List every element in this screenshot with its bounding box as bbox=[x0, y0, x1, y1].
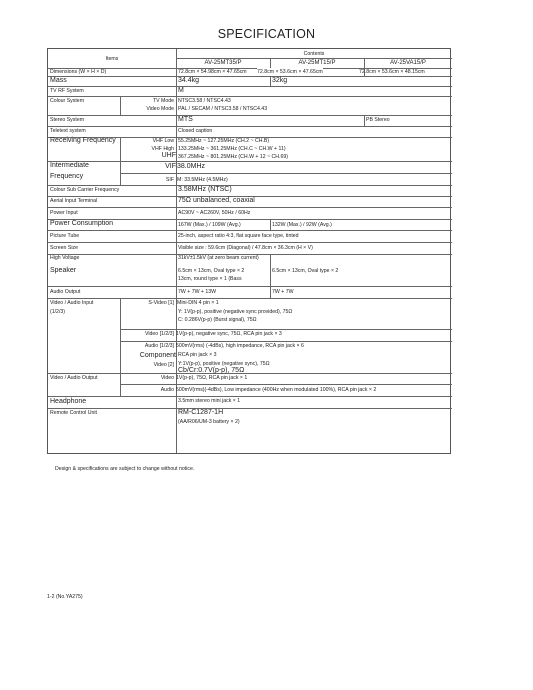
mass-label: Mass bbox=[50, 77, 67, 85]
vhf-high-value: 133.25MHz ~ 361.25MHz (CH.C ~ CH.W + 11) bbox=[178, 145, 286, 153]
header-contents: Contents bbox=[176, 50, 452, 58]
audio-out-value: 500mV(rms)(-4dBs), Low impedance (400Hz … bbox=[176, 386, 376, 394]
headphone-value: 3.5mm stereo mini jack × 1 bbox=[178, 397, 240, 405]
component-line1: RCA pin jack × 3 bbox=[178, 351, 217, 359]
vhf-low-value: 55.25MHz ~ 127.25MHz (CH.2 ~ CH.B) bbox=[178, 137, 269, 145]
picture-tube-label: Picture Tube bbox=[50, 232, 79, 240]
audio-in-value: 500mV(rms) (-4dBs), high impedance, RCA … bbox=[176, 342, 304, 350]
aerial-label: Aerial Input Terminal bbox=[50, 197, 97, 205]
power-consumption-1: 167W (Max.) / 109W (Avg.) bbox=[178, 221, 241, 229]
video-in-value: 1V(p-p), negative sync, 75Ω, RCA pin jac… bbox=[176, 330, 282, 338]
speaker-label: Speaker bbox=[50, 267, 76, 275]
screen-size-value: Visible size : 59.6cm (Diagonal) / 47.8c… bbox=[178, 244, 313, 252]
dimensions-label: Dimensions (W × H × D) bbox=[50, 68, 106, 76]
aerial-value: 75Ω unbalanced, coaxial bbox=[178, 197, 255, 205]
intermediate-label-1: Intermediate bbox=[50, 162, 89, 170]
speaker-1-line1: 6.5cm × 13cm, Oval type × 2 bbox=[178, 267, 244, 275]
remote-value-1: RM-C1287-1H bbox=[178, 409, 223, 417]
svideo-line3: C: 0.286V(p-p) (Burst signal), 75Ω bbox=[178, 316, 257, 324]
svideo-line1: Mini-DIN 4 pin × 1 bbox=[177, 299, 219, 307]
speaker-1-line2: 13cm, round type × 1 (Bass bbox=[178, 275, 242, 283]
high-voltage-value: 31kV±1.5kV (at zero beam current) bbox=[178, 254, 259, 262]
dimensions-1: 72.8cm × 54.98cm × 47.65cm bbox=[178, 68, 247, 76]
stereo-2: PB Stereo bbox=[366, 116, 390, 124]
sub-carrier-label: Colour Sub Carrier Frequency bbox=[50, 186, 119, 194]
av-input-label-2: (1/2/3) bbox=[50, 308, 65, 316]
video-in-label: Video [1/2/3] bbox=[120, 330, 174, 338]
page-title: SPECIFICATION bbox=[0, 27, 533, 41]
audio-output-1: 7W + 7W + 13W bbox=[178, 288, 216, 296]
video-mode-label: Video Mode bbox=[120, 105, 174, 113]
remote-label: Remote Control Unit bbox=[50, 409, 97, 417]
tv-rf-value: M bbox=[178, 87, 184, 95]
audio-out-label: Audio bbox=[120, 386, 174, 394]
svideo-label: S-Video [1] bbox=[120, 299, 174, 307]
model-3: AV-25VA15/P bbox=[364, 59, 452, 67]
power-consumption-label: Power Consumption bbox=[50, 220, 113, 228]
dimensions-3: 72.8cm × 53.6cm × 48.15cm bbox=[359, 68, 425, 76]
spec-table: Items Contents AV-25MT35/P AV-25MT15/P A… bbox=[47, 48, 451, 454]
screen-size-label: Screen Size bbox=[50, 244, 78, 252]
audio-in-label: Audio [1/2/3] bbox=[120, 342, 174, 350]
tv-mode-label: TV Mode bbox=[120, 97, 174, 105]
sif-value: M: 33.5MHz (4.5MHz) bbox=[177, 176, 228, 184]
uhf-value: 367.25MHz ~ 801.25MHz (CH.W + 12 ~ CH.69… bbox=[178, 153, 288, 161]
vif-value: 38.0MHz bbox=[177, 163, 205, 171]
colour-label: Colour System bbox=[50, 97, 84, 105]
audio-output-2: 7W + 7W bbox=[272, 288, 293, 296]
disclaimer-note: Design & specifications are subject to c… bbox=[55, 466, 194, 472]
mass-1: 34.4kg bbox=[178, 77, 199, 85]
video-out-value: 1V(p-p), 75Ω, RCA pin jack × 1 bbox=[176, 374, 247, 382]
receiving-label: Receiving Frequency bbox=[50, 137, 116, 145]
model-2: AV-25MT15/P bbox=[270, 59, 364, 67]
component-label-2: Video [2] bbox=[120, 361, 174, 369]
vif-label: VIF bbox=[120, 163, 176, 171]
power-input-label: Power Input bbox=[50, 209, 78, 217]
av-input-label-1: Video / Audio Input bbox=[50, 299, 93, 307]
page-number: 1-2 (No.YA275) bbox=[47, 594, 83, 600]
stereo-1: MTS bbox=[178, 116, 193, 124]
model-1: AV-25MT35/P bbox=[176, 59, 270, 67]
svideo-line2: Y: 1V(p-p), positive (negative sync prov… bbox=[178, 308, 292, 316]
speaker-2: 6.5cm × 13cm, Oval type × 2 bbox=[272, 267, 338, 275]
dimensions-2: 72.8cm × 53.6cm × 47.65cm bbox=[257, 68, 323, 76]
audio-output-label: Audio Output bbox=[50, 288, 80, 296]
tv-rf-label: TV RF System bbox=[50, 87, 84, 95]
power-consumption-2: 132W (Max.) / 92W (Avg.) bbox=[272, 221, 332, 229]
header-items: Items bbox=[48, 55, 176, 63]
sif-label: SIF bbox=[120, 176, 174, 184]
high-voltage-label: High Voltage bbox=[50, 254, 79, 262]
power-input-value: AC90V ~ AC260V, 50Hz / 60Hz bbox=[178, 209, 250, 217]
mass-2: 32kg bbox=[272, 77, 287, 85]
teletext-value: Closed caption bbox=[178, 127, 212, 135]
picture-tube-value: 25-inch, aspect ratio 4:3, flat square f… bbox=[178, 232, 299, 240]
av-output-label: Video / Audio Output bbox=[50, 374, 98, 382]
stereo-label: Stereo System bbox=[50, 116, 84, 124]
vhf-low-label: VHF Low bbox=[120, 137, 174, 145]
teletext-label: Teletext system bbox=[50, 127, 86, 135]
tv-mode-value: NTSC3.58 / NTSC4.43 bbox=[178, 97, 231, 105]
uhf-label: UHF bbox=[120, 152, 176, 160]
remote-value-2: (AA/R06/UM-3 battery × 2) bbox=[178, 418, 240, 426]
sub-carrier-value: 3.58MHz (NTSC) bbox=[178, 186, 232, 194]
intermediate-label-2: Frequency bbox=[50, 173, 83, 181]
headphone-label: Headphone bbox=[50, 398, 86, 406]
component-label-1: Component bbox=[120, 352, 176, 360]
video-out-label: Video bbox=[120, 374, 174, 382]
video-mode-value: PAL / SECAM / NTSC3.58 / NTSC4.43 bbox=[178, 105, 267, 113]
